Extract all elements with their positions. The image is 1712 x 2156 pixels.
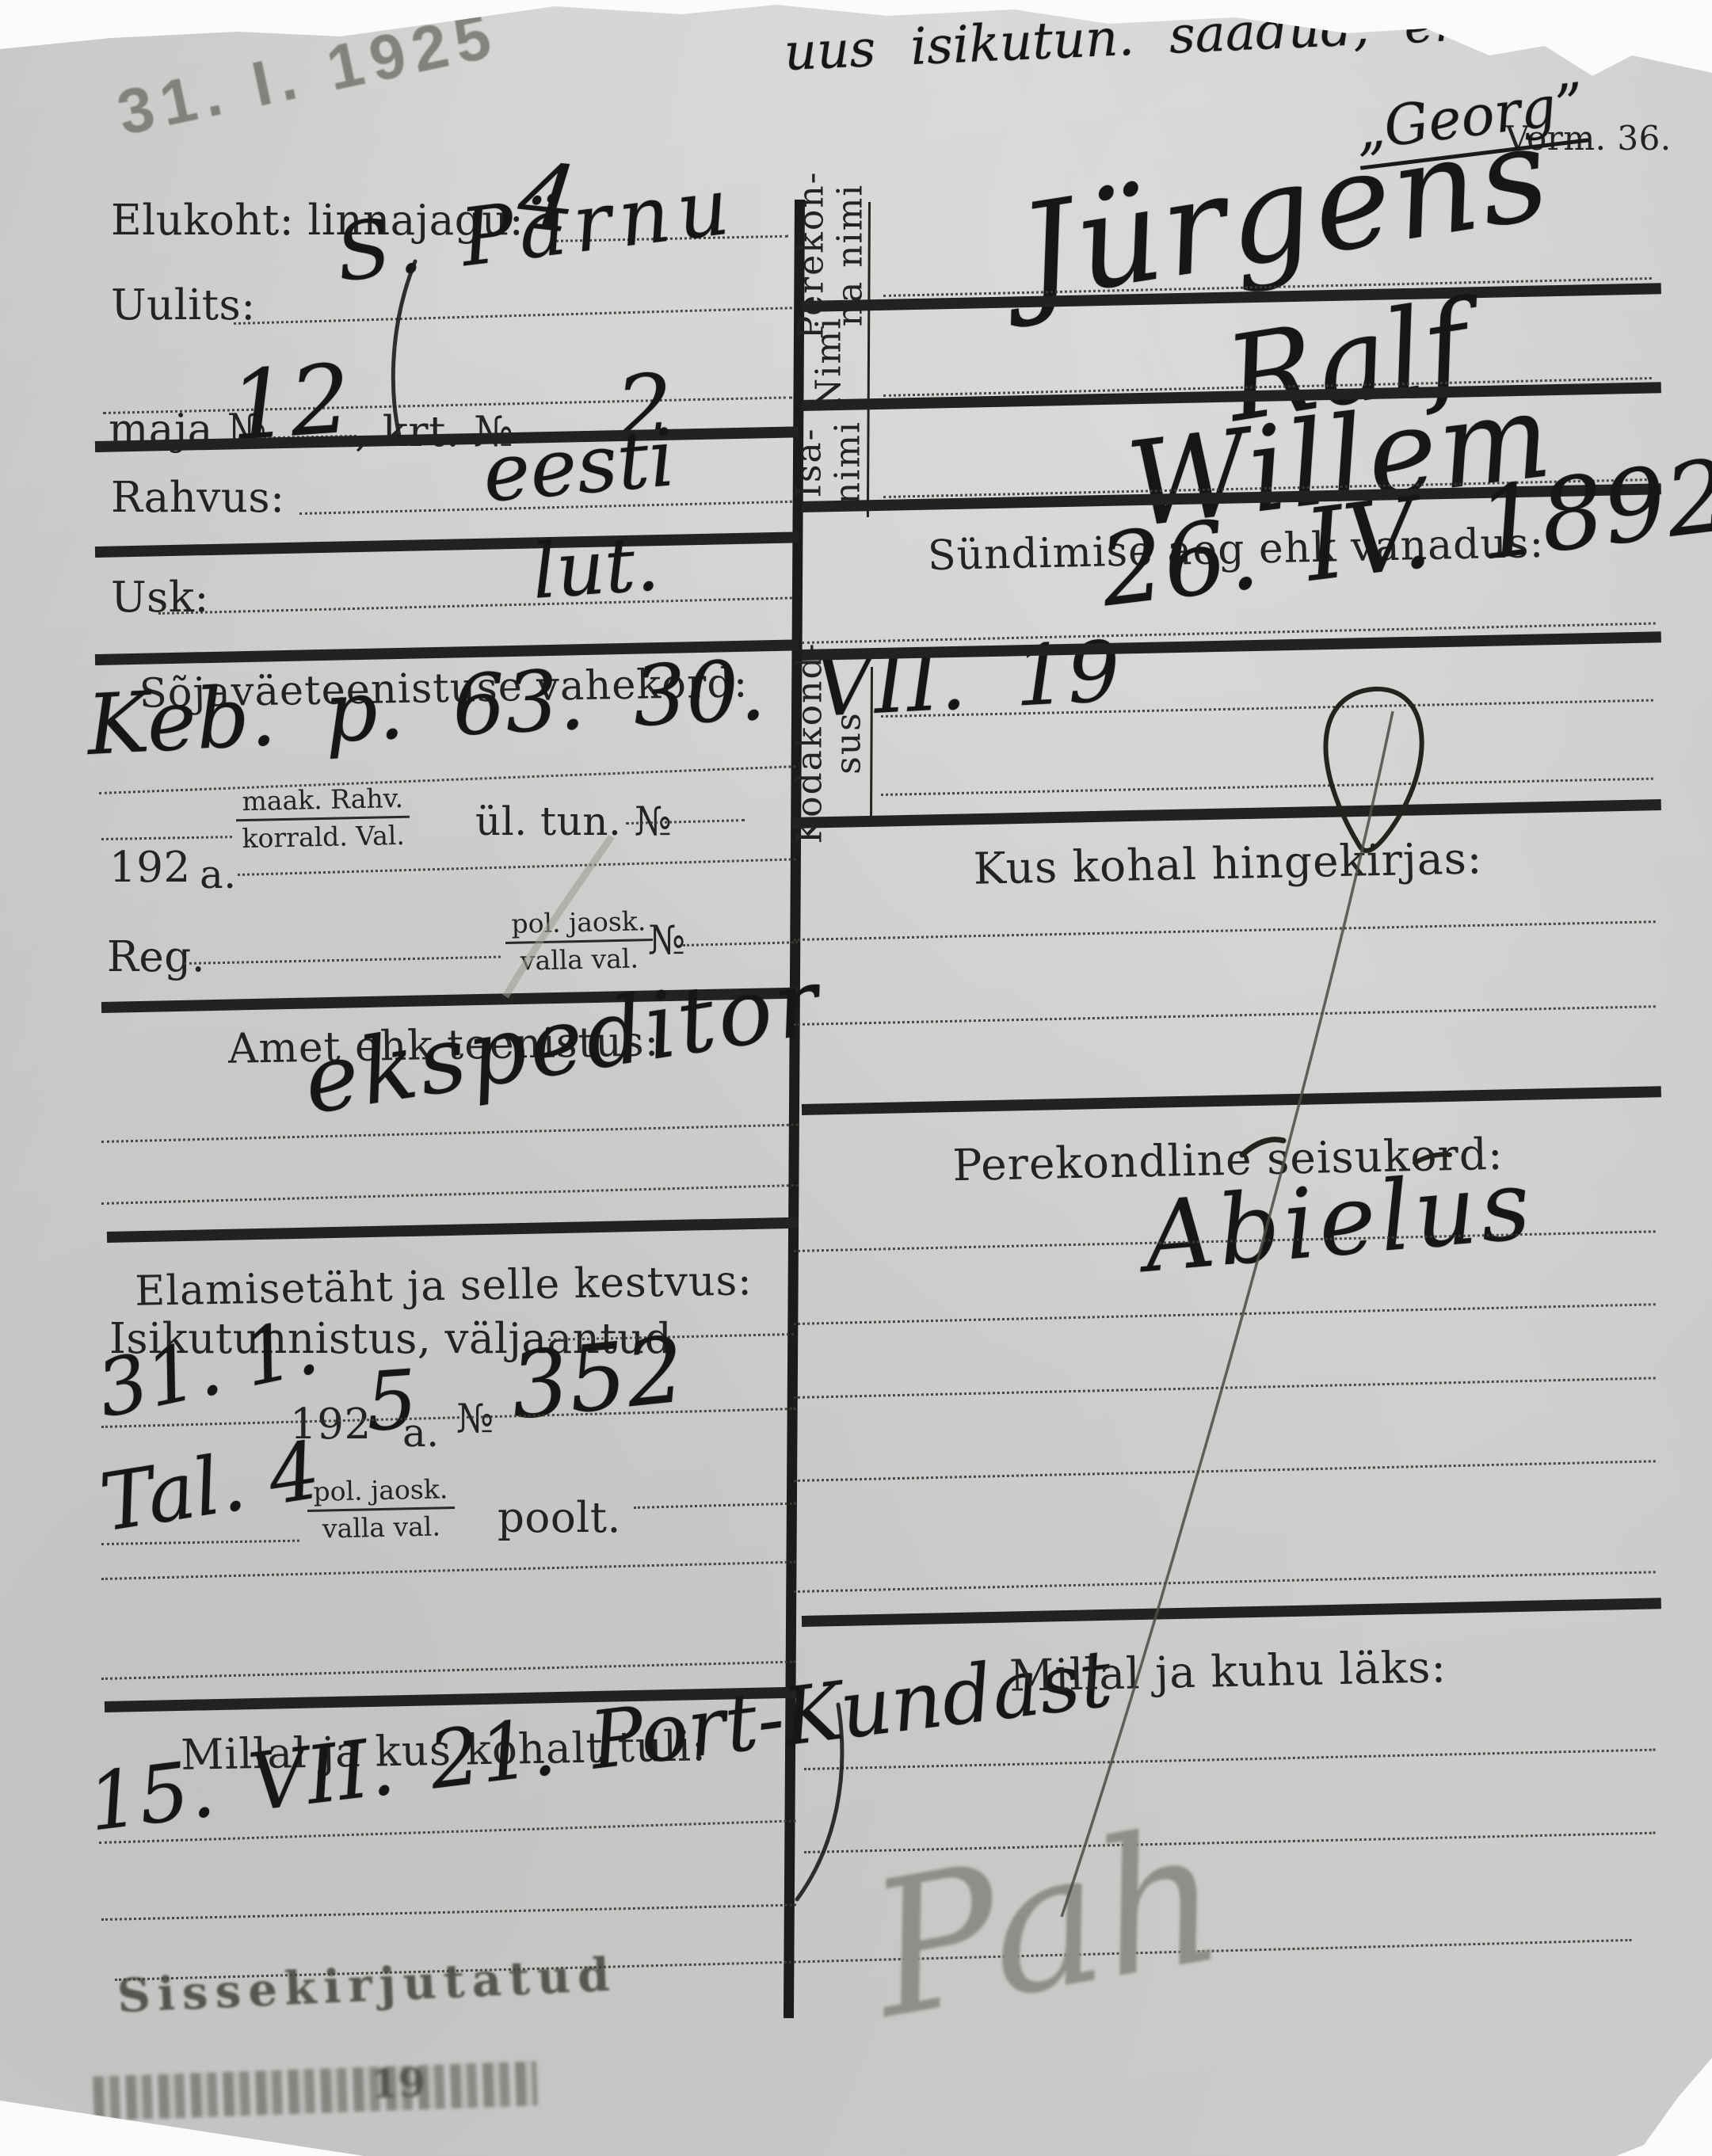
departure-line-1 — [804, 1749, 1656, 1770]
issuer-police-fraction: pol. jaosk. valla val. — [307, 1473, 455, 1545]
blank-line — [794, 1303, 1656, 1325]
issuer-value: Tal. 4 — [94, 1423, 326, 1549]
residence-permit-heading: Elamisetäht ja selle kestvus: — [119, 1257, 769, 1316]
blank-line — [101, 1561, 796, 1580]
patronym-label: Isa- nimi — [790, 421, 868, 505]
blank-line — [794, 1460, 1656, 1482]
occupation-line-2 — [101, 1184, 799, 1205]
citizenship-label: Kodakond- sus — [791, 642, 869, 844]
year-192-label: 192 — [109, 844, 191, 892]
fraction-bottom: valla val. — [307, 1509, 456, 1545]
stamp-partial-number: 19 — [370, 2059, 427, 2107]
county-board-fraction: maak. Rahv. korrald. Val. — [235, 783, 410, 855]
reg-number-line — [683, 941, 798, 947]
reg-line — [184, 956, 501, 965]
citizenship-line-2 — [881, 778, 1653, 796]
nationality-label: Rahvus: — [111, 474, 285, 522]
parish-register-heading: Kus kohal hingekirjas: — [887, 831, 1569, 896]
divider-bar — [95, 531, 799, 558]
nationality-value: eesti — [479, 411, 678, 520]
reg-label: Reg. — [107, 933, 205, 981]
registration-card-scan: 31. I. 1925 Vorm. 36. uus isikutun. saad… — [0, 0, 1712, 2156]
parish-register-line-1 — [794, 920, 1656, 941]
occupation-value: ekspeditor — [297, 949, 829, 1135]
police-district-fraction: pol. jaosk. valla val. — [505, 905, 653, 977]
fraction-bottom: korrald. Val. — [236, 817, 410, 854]
citizenship-label-line2: sus — [829, 642, 868, 844]
divider-bar — [792, 799, 1661, 828]
surname-label-line2: na nimi — [831, 170, 870, 339]
blank-line — [794, 1377, 1656, 1399]
parish-register-line-2 — [794, 1005, 1656, 1026]
patronym-label-line2: nimi — [829, 421, 867, 505]
divider-bar — [802, 1086, 1661, 1115]
paper-sheet: 31. I. 1925 Vorm. 36. uus isikutun. saad… — [0, 0, 1712, 2156]
military-service-line — [99, 765, 795, 794]
year-line — [238, 858, 796, 876]
patronym-label-line1: Isa- — [790, 421, 829, 505]
street-line — [234, 307, 792, 325]
divider-bar — [802, 1598, 1661, 1627]
surname-label: Perekon- na nimi — [792, 170, 871, 339]
religion-line — [158, 596, 792, 615]
religion-value: lut. — [529, 520, 662, 616]
blank-line — [101, 1904, 796, 1921]
fraction-bottom: valla val. — [505, 941, 654, 977]
occupation-line-1 — [101, 1124, 799, 1143]
surname-label-line1: Perekon- — [792, 170, 831, 339]
year-a-label: a. — [200, 851, 237, 897]
blank-line — [794, 1571, 1656, 1593]
reg-number-sign: № — [648, 917, 686, 963]
county-line-left — [101, 836, 232, 840]
citizenship-pen-loop — [1325, 689, 1421, 851]
issued-by-label: poolt. — [498, 1494, 621, 1542]
identity-number-value: 352 — [505, 1316, 689, 1440]
illegible-stamp-row: 19 — [93, 2061, 538, 2121]
divider-bar — [107, 1217, 799, 1243]
citizenship-label-line1: Kodakond- — [791, 642, 829, 844]
fraction-top: maak. Rahv. — [235, 783, 410, 821]
blank-line — [101, 1661, 796, 1680]
pencil-signature: Pah — [856, 1787, 1237, 2060]
top-annotation-line1: uus isikutun. saadud, ema isanimi, — [783, 0, 1712, 82]
fraction-top: pol. jaosk. — [505, 905, 653, 943]
firstname-label: Nimi — [809, 317, 848, 409]
firstname-label-line: Nimi — [809, 317, 848, 409]
issuer-line-right — [634, 1503, 796, 1509]
date-stamp: 31. I. 1925 — [111, 0, 505, 150]
registered-stamp: Sissekirjutatud — [116, 1948, 618, 2023]
fraction-top: pol. jaosk. — [307, 1473, 455, 1511]
